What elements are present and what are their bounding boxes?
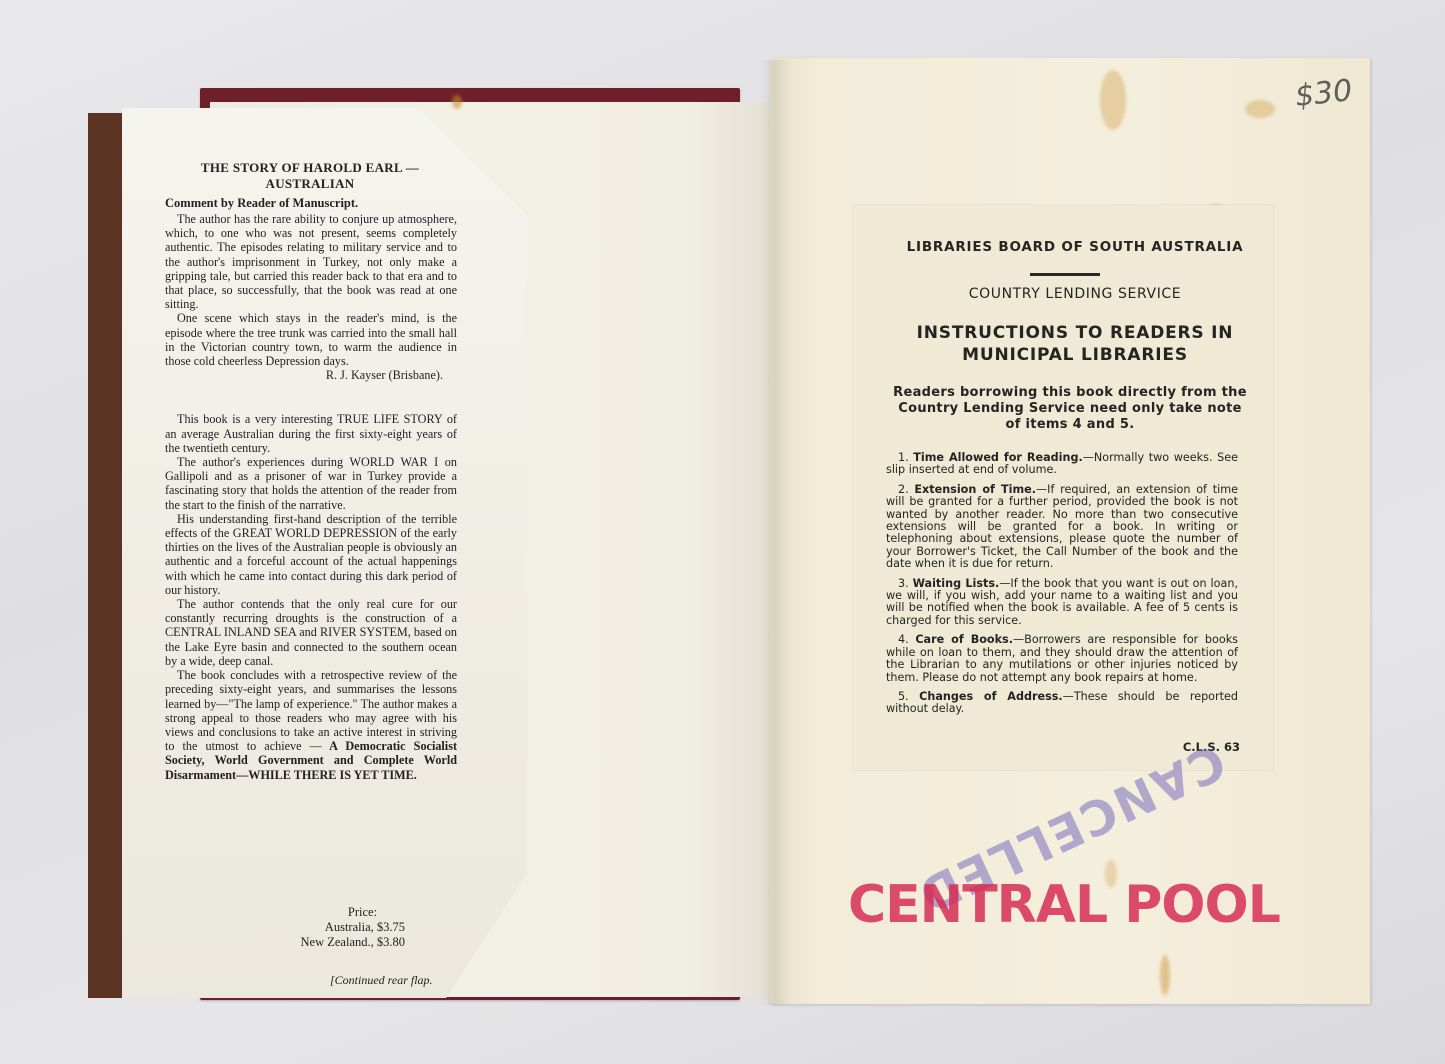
book-gutter: [760, 60, 790, 1005]
price-australia: Australia, $3.75: [250, 920, 405, 935]
flap-body-text: The author has the rare ability to conju…: [165, 212, 457, 782]
stain: [452, 95, 462, 109]
flap-paragraph: The author contends that the only real c…: [165, 597, 457, 668]
flap-paragraph: One scene which stays in the reader's mi…: [165, 311, 457, 368]
instruction-item: 4. Care of Books.—Borrowers are responsi…: [886, 634, 1238, 684]
flap-paragraph: His understanding first-hand description…: [165, 512, 457, 597]
handwritten-price: $30: [1293, 73, 1354, 114]
label-heading: INSTRUCTIONS TO READERS IN MUNICIPAL LIB…: [880, 322, 1270, 366]
label-heading-line1: INSTRUCTIONS TO READERS IN: [880, 322, 1270, 344]
price-new-zealand: New Zealand., $3.80: [250, 935, 405, 950]
instruction-item: 3. Waiting Lists.—If the book that you w…: [886, 578, 1238, 628]
label-heading-line2: MUNICIPAL LIBRARIES: [880, 344, 1270, 366]
divider-rule: [1030, 273, 1100, 276]
flap-closing-bold: A Democratic Socialist Society, World Go…: [165, 739, 457, 781]
instruction-item: 5. Changes of Address.—These should be r…: [886, 691, 1238, 716]
price-block: Price: Australia, $3.75 New Zealand., $3…: [250, 905, 405, 950]
flap-paragraph: The author has the rare ability to conju…: [165, 212, 457, 311]
continued-note: [Continued rear flap.: [330, 973, 433, 988]
lending-service-name: COUNTRY LENDING SERVICE: [880, 286, 1270, 302]
flap-subtitle: Comment by Reader of Manuscript.: [165, 196, 358, 211]
stain: [1160, 955, 1170, 995]
stain: [1245, 100, 1275, 118]
stain: [1100, 70, 1126, 130]
flap-title: THE STORY OF HAROLD EARL — AUSTRALIAN: [160, 160, 460, 192]
flap-paragraph: R. J. Kayser (Brisbane).: [165, 368, 443, 382]
flap-paragraph: This book is a very interesting TRUE LIF…: [165, 412, 457, 455]
flap-title-line1: THE STORY OF HAROLD EARL —: [160, 160, 460, 176]
flap-title-line2: AUSTRALIAN: [160, 176, 460, 192]
instruction-items: 1. Time Allowed for Reading.—Normally tw…: [886, 452, 1238, 723]
library-board-name: LIBRARIES BOARD OF SOUTH AUSTRALIA: [880, 239, 1270, 255]
instruction-item: 2. Extension of Time.—If required, an ex…: [886, 484, 1238, 571]
instruction-item: 1. Time Allowed for Reading.—Normally tw…: [886, 452, 1238, 477]
flap-paragraph: The author's experiences during WORLD WA…: [165, 455, 457, 512]
central-pool-stamp: CENTRAL POOL: [848, 875, 1280, 935]
flap-paragraph: The book concludes with a retrospective …: [165, 668, 457, 782]
label-intro: Readers borrowing this book directly fro…: [890, 385, 1250, 433]
price-label: Price:: [320, 905, 405, 920]
